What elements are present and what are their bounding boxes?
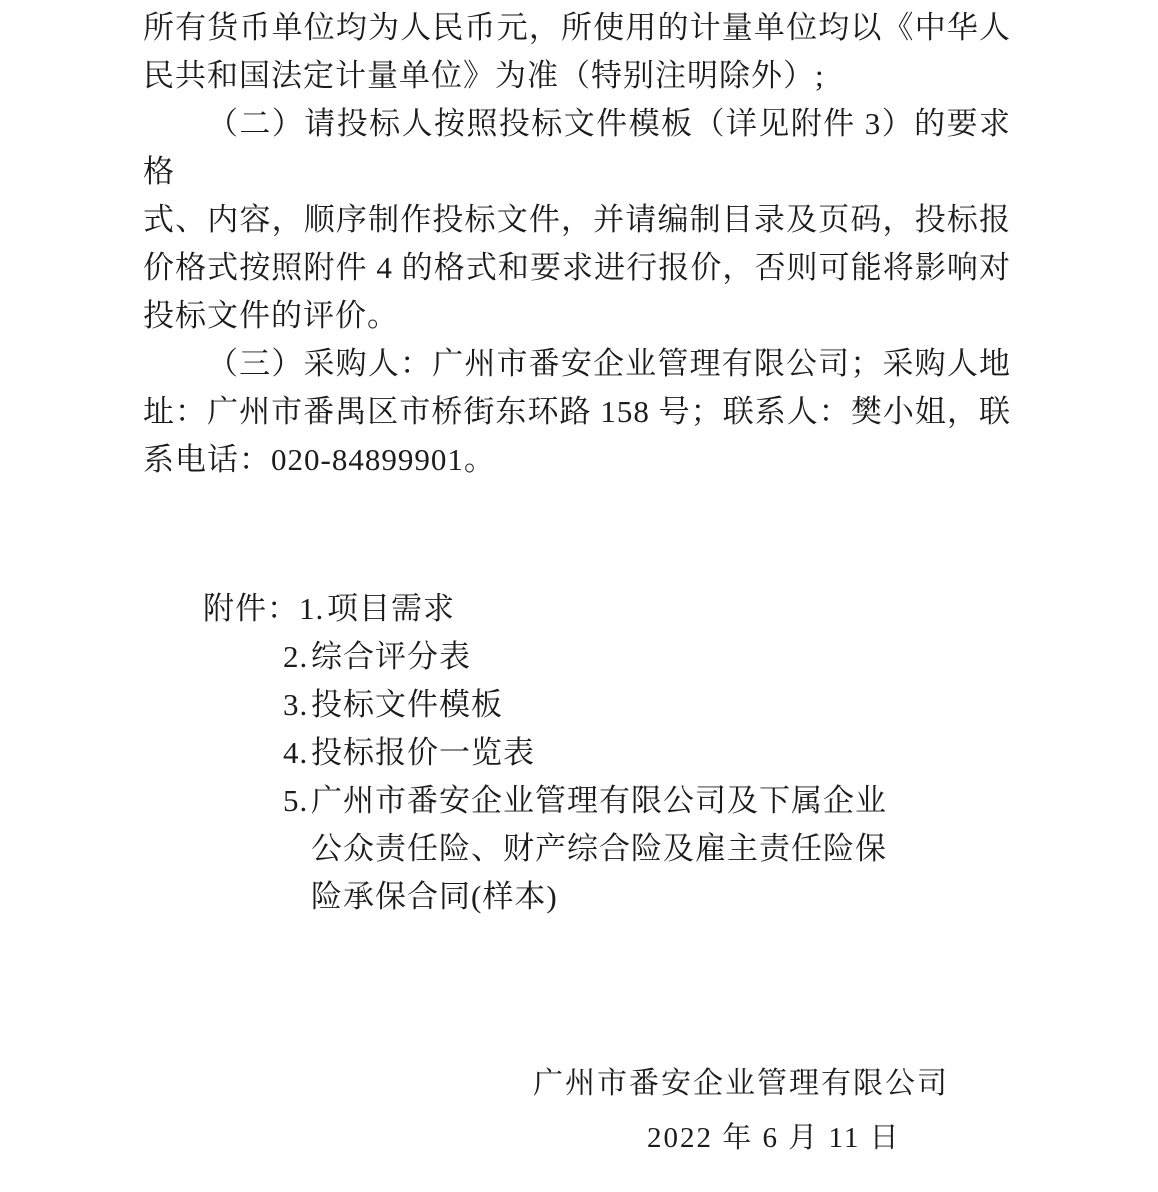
attachment-title: 广州市番安企业管理有限公司及下属企业 — [311, 783, 887, 818]
attachments-label: 附件： — [203, 585, 299, 633]
attachment-item: 3.投标文件模板 — [283, 681, 1158, 729]
attachment-item-continuation: 险承保合同(样本) — [311, 873, 1158, 921]
attachments-list: 附件：1.项目需求 2.综合评分表 3.投标文件模板 4.投标报价一览表 5.广… — [0, 585, 1158, 921]
attachment-item: 附件：1.项目需求 — [203, 585, 1158, 633]
attachment-number: 1. — [299, 585, 327, 633]
body-line: 式、内容，顺序制作投标文件，并请编制目录及页码，投标报 — [143, 196, 1011, 244]
attachment-item: 5.广州市番安企业管理有限公司及下属企业 — [283, 777, 1158, 825]
attachment-title: 综合评分表 — [311, 639, 471, 674]
attachment-number: 4. — [283, 729, 311, 777]
attachment-number: 2. — [283, 633, 311, 681]
body-line: 民共和国法定计量单位》为准（特别注明除外）; — [143, 52, 1011, 100]
attachment-title: 投标文件模板 — [311, 687, 503, 722]
body-line: 所有货币单位均为人民币元，所使用的计量单位均以《中华人 — [143, 4, 1011, 52]
signature-company-name: 广州市番安企业管理有限公司 — [533, 1064, 949, 1104]
attachment-item: 2.综合评分表 — [283, 633, 1158, 681]
body-line: 投标文件的评价。 — [143, 292, 1011, 340]
body-line: （三）采购人：广州市番安企业管理有限公司；采购人地 — [143, 340, 1011, 388]
attachment-item: 4.投标报价一览表 — [283, 729, 1158, 777]
body-line: （二）请投标人按照投标文件模板（详见附件 3）的要求格 — [143, 100, 1011, 196]
body-line: 价格式按照附件 4 的格式和要求进行报价，否则可能将影响对 — [143, 244, 1011, 292]
attachment-title: 投标报价一览表 — [311, 735, 535, 770]
body-line: 系电话：020-84899901。 — [143, 436, 1011, 484]
attachment-number: 3. — [283, 681, 311, 729]
attachment-number: 5. — [283, 777, 311, 825]
document-page: 所有货币单位均为人民币元，所使用的计量单位均以《中华人 民共和国法定计量单位》为… — [0, 0, 1158, 1192]
body-line: 址：广州市番禺区市桥街东环路 158 号；联系人：樊小姐，联 — [143, 388, 1011, 436]
attachment-item-continuation: 公众责任险、财产综合险及雇主责任险保 — [311, 825, 1158, 873]
body-text-block: 所有货币单位均为人民币元，所使用的计量单位均以《中华人 民共和国法定计量单位》为… — [143, 4, 1011, 484]
signature-date: 2022 年 6 月 11 日 — [647, 1118, 901, 1158]
attachment-title: 项目需求 — [327, 591, 455, 626]
